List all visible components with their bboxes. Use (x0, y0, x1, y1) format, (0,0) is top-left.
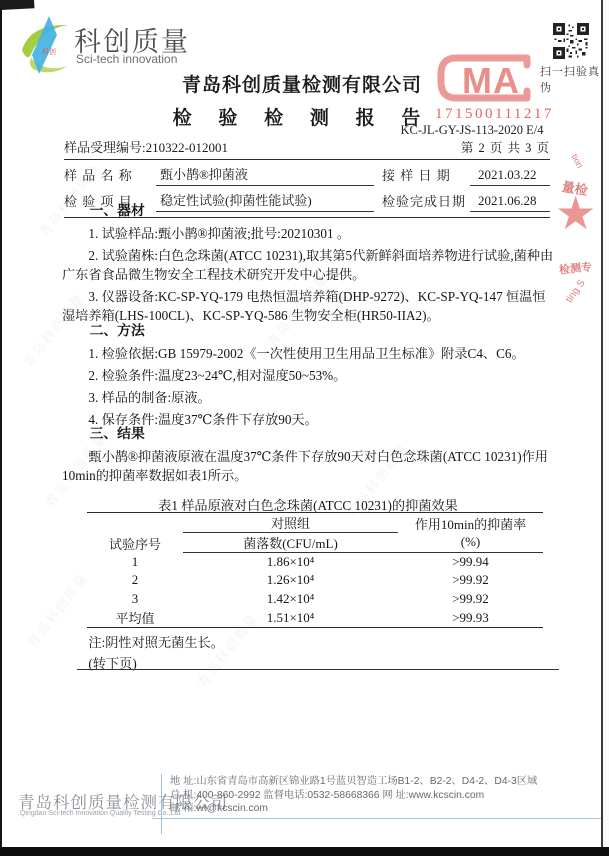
seal-star-icon: ★ (555, 186, 596, 240)
col-header-rate-line1: 作用10min的抑菌率 (398, 513, 543, 533)
col-header-control-group: 对照组 (183, 513, 398, 533)
section-method-title: 二、方法 (62, 321, 554, 340)
body-end-rule (77, 669, 559, 670)
footer-contact-block: 地 址:山东省青岛市高新区锦业路1号蓝贝智造工场B1-2、B2-2、D4-2、D… (170, 776, 600, 817)
equipment-item: 2. 试验菌株:白色念珠菌(ATCC 10231),取其第5代新鲜斜面培养物进行… (62, 246, 554, 284)
table-row: 3 1.42×10⁴ >99.92 (87, 590, 543, 609)
scan-edge-left (0, 0, 2, 852)
footer-phone: 总 机:400-860-2992 监督电话:0532-58668366 网 址:… (170, 790, 600, 803)
cell-count: 1.26×10⁴ (183, 571, 398, 590)
company-logo: 科创 (18, 14, 74, 76)
sample-name-label: 样 品 名 称 (64, 165, 156, 186)
company-title: 青岛科创质量检测有限公司 (120, 70, 484, 97)
cell-rate: >99.92 (398, 590, 543, 609)
col-header-cfu: 菌落数(CFU/mL) (183, 533, 398, 553)
cell-rate: >99.94 (398, 553, 543, 572)
cell-count: 1.51×10⁴ (183, 608, 398, 628)
receive-date-value: 2021.03.22 (470, 167, 550, 186)
section-method: 二、方法 1. 检验依据:GB 15979-2002《一次性使用卫生用品卫生标准… (62, 321, 554, 432)
equipment-item: 1. 试验样品:甄小鹊®抑菌液;批号:20210301 。 (62, 224, 554, 243)
cell-rate: >99.92 (398, 571, 543, 590)
section-equipment: 一、器材 1. 试验样品:甄小鹊®抑菌液;批号:20210301 。 2. 试验… (62, 201, 554, 328)
logo-name-en: Sci-tech innovation (76, 52, 177, 66)
cell-test-no: 平均值 (87, 608, 183, 628)
page-indicator: 第 2 页 共 3 页 (461, 138, 550, 156)
method-item: 1. 检验依据:GB 15979-2002《一次性使用卫生用品卫生标准》附录C4… (62, 344, 554, 363)
col-header-test-no: 试验序号 (87, 513, 183, 553)
footer-address: 地 址:山东省青岛市高新区锦业路1号蓝贝智造工场B1-2、B2-2、D4-2、D… (170, 776, 600, 789)
table-row: 2 1.26×10⁴ >99.92 (87, 571, 543, 590)
section-result-title: 三、结果 (62, 424, 554, 443)
seal-arc-text: tion (569, 152, 585, 170)
result-paragraph: 甄小鹊®抑菌液原液在温度37℃条件下存放90天对白色念珠菌(ATCC 10231… (62, 447, 554, 485)
receive-date-label: 接 样 日 期 (374, 165, 470, 186)
cell-count: 1.42×10⁴ (183, 590, 398, 609)
method-item: 3. 样品的制备:原液。 (62, 388, 554, 407)
equipment-item: 3. 仪器设备:KC-SP-YQ-179 电热恒温培养箱(DHP-9272)、K… (62, 287, 554, 325)
scan-edge-right (601, 0, 603, 847)
table-note: 注:阴性对照无菌生长。 (62, 632, 554, 651)
receipt-number: 样品受理编号:210322-012001 (64, 137, 228, 156)
sample-name-value: 甄小鹊®抑菌液 (156, 164, 374, 186)
scan-edge-bottom (0, 847, 609, 856)
table-row: 1 1.86×10⁴ >99.94 (87, 553, 543, 572)
logo-mark-icon: 科创 (18, 14, 74, 76)
cell-rate: >99.93 (398, 608, 543, 628)
doc-number: KC-JL-GY-JS-113-2020 E/4 (387, 123, 557, 138)
footer-company-en: Qingdao Sci-tech Innovation Quality Test… (20, 810, 182, 817)
section-result: 三、结果 甄小鹊®抑菌液原液在温度37℃条件下存放90天对白色念珠菌(ATCC … (62, 424, 554, 488)
official-seal-partial: tion 量检 ★ 检测专 ting S (554, 150, 602, 345)
qr-scan-label: 扫一扫验真伪 (540, 63, 602, 95)
footer-email: 邮 箱:wt@kcscin.com (170, 803, 600, 816)
scanned-report-page: 青岛科创质量 青岛科创质量 青岛科创质量 青岛科创质量 青岛科创质量 青岛科创质… (0, 0, 609, 856)
table-row-average: 平均值 1.51×10⁴ >99.93 (87, 608, 543, 628)
section-equipment-title: 一、器材 (62, 201, 554, 220)
cell-count: 1.86×10⁴ (183, 553, 398, 572)
cell-test-no: 3 (87, 590, 183, 609)
cell-test-no: 2 (87, 571, 183, 590)
footer-divider (161, 774, 162, 834)
seal-arc-text: ting S (564, 278, 588, 305)
paper: 青岛科创质量 青岛科创质量 青岛科创质量 青岛科创质量 青岛科创质量 青岛科创质… (2, 0, 602, 847)
results-table: 试验序号 对照组 作用10min的抑菌率 菌落数(CFU/mL) (%) 1 1… (87, 512, 543, 628)
qr-code (553, 23, 589, 59)
method-item: 2. 检验条件:温度23~24℃,相对湿度50~53%。 (62, 366, 554, 385)
cell-test-no: 1 (87, 553, 183, 572)
footer-rule (152, 818, 602, 819)
seal-text: 检测专 (558, 258, 592, 277)
col-header-rate-line2: (%) (398, 533, 543, 553)
logo-mark-text: 科创 (42, 47, 56, 56)
